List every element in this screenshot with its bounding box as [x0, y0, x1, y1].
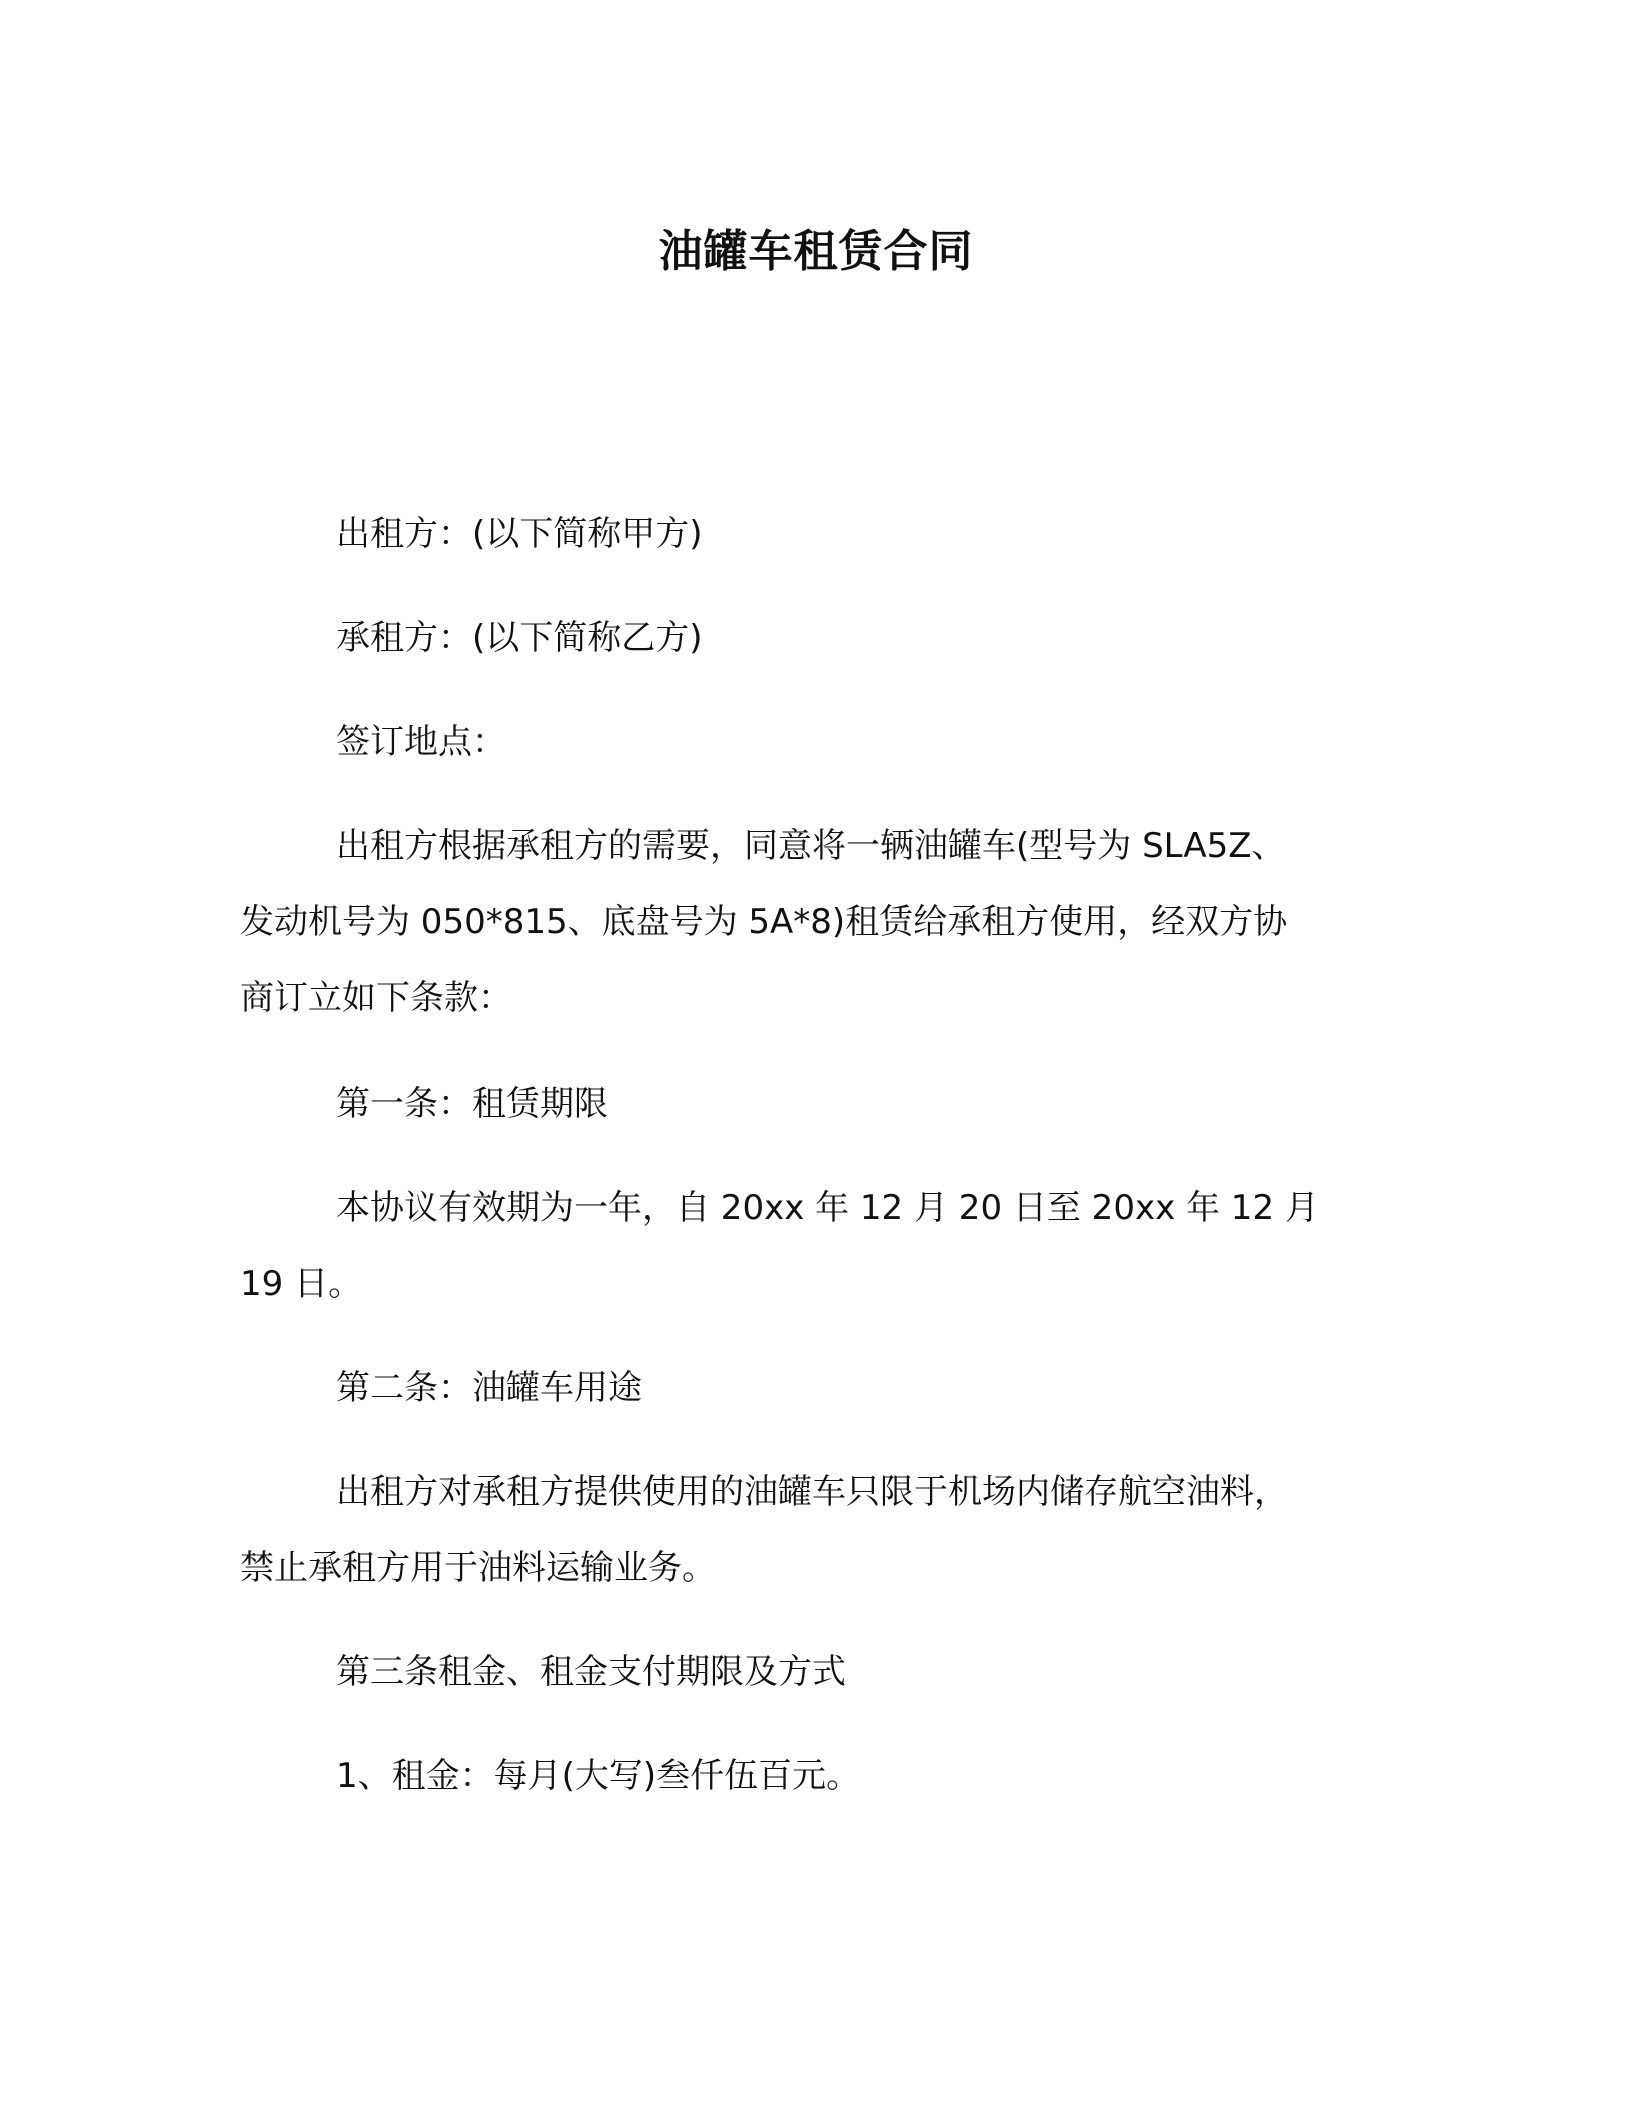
article3-item1-text: 1、租金：每月(大写)叁仟伍百元。	[240, 1738, 1375, 1814]
intro-paragraph: 出租方根据承租方的需要，同意将一辆油罐车(型号为 SLA5Z、 发动机号为 05…	[240, 808, 1375, 1036]
article1-line-2: 19 日。	[240, 1246, 1375, 1322]
signing-place-line: 签订地点：	[240, 704, 1375, 780]
article1-line-1: 本协议有效期为一年，自 20xx 年 12 月 20 日至 20xx 年 12 …	[240, 1170, 1375, 1246]
article2-line-1: 出租方对承租方提供使用的油罐车只限于机场内储存航空油料，	[240, 1454, 1375, 1530]
article3-heading-text: 第三条租金、租金支付期限及方式	[240, 1634, 1375, 1710]
lessor-line: 出租方：(以下简称甲方)	[240, 496, 1375, 572]
signing-place-text: 签订地点：	[240, 704, 1375, 780]
lessor-text: 出租方：(以下简称甲方)	[240, 496, 1375, 572]
lessee-line: 承租方：(以下简称乙方)	[240, 600, 1375, 676]
lessee-text: 承租方：(以下简称乙方)	[240, 600, 1375, 676]
article3-item1: 1、租金：每月(大写)叁仟伍百元。	[240, 1738, 1375, 1814]
article1-heading: 第一条：租赁期限	[240, 1066, 1375, 1142]
intro-line-3: 商订立如下条款：	[240, 960, 1375, 1036]
intro-line-2: 发动机号为 050*815、底盘号为 5A*8)租赁给承租方使用，经双方协	[240, 884, 1375, 960]
document-page: 油罐车租赁合同 出租方：(以下简称甲方) 承租方：(以下简称乙方) 签订地点： …	[0, 0, 1632, 2112]
document-title: 油罐车租赁合同	[0, 222, 1632, 282]
article2-paragraph: 出租方对承租方提供使用的油罐车只限于机场内储存航空油料， 禁止承租方用于油料运输…	[240, 1454, 1375, 1606]
article3-heading: 第三条租金、租金支付期限及方式	[240, 1634, 1375, 1710]
article2-line-2: 禁止承租方用于油料运输业务。	[240, 1530, 1375, 1606]
article1-paragraph: 本协议有效期为一年，自 20xx 年 12 月 20 日至 20xx 年 12 …	[240, 1170, 1375, 1322]
article2-heading-text: 第二条：油罐车用途	[240, 1350, 1375, 1426]
article1-heading-text: 第一条：租赁期限	[240, 1066, 1375, 1142]
article2-heading: 第二条：油罐车用途	[240, 1350, 1375, 1426]
intro-line-1: 出租方根据承租方的需要，同意将一辆油罐车(型号为 SLA5Z、	[240, 808, 1375, 884]
